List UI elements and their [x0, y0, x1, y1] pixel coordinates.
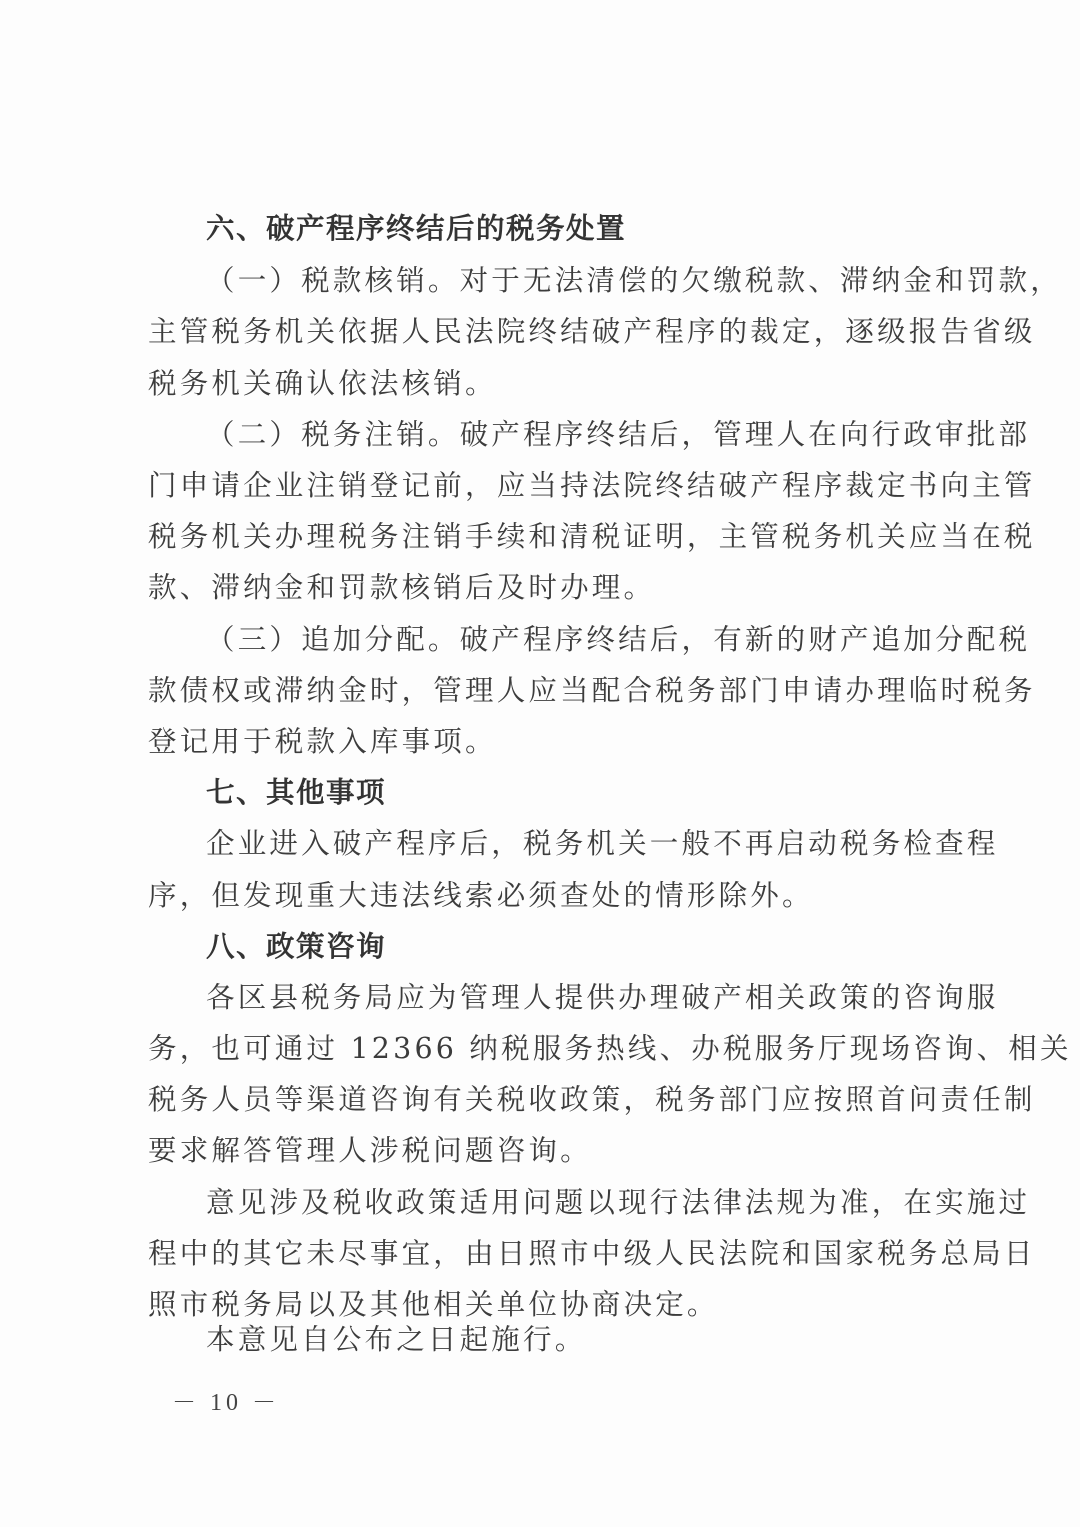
section-heading-7: 七、其他事项	[206, 775, 948, 811]
paragraph-line: 序，但发现重大违法线索必须查处的情形除外。	[148, 878, 948, 914]
paragraph-line: 登记用于税款入库事项。	[148, 724, 948, 760]
paragraph-line: 意见涉及税收政策适用问题以现行法律法规为准，在实施过	[206, 1185, 948, 1221]
paragraph-line: 款、滞纳金和罚款核销后及时办理。	[148, 570, 948, 606]
section-heading-8: 八、政策咨询	[206, 929, 948, 965]
paragraph-line: 门申请企业注销登记前，应当持法院终结破产程序裁定书向主管	[148, 468, 948, 504]
paragraph-line: 各区县税务局应为管理人提供办理破产相关政策的咨询服	[206, 980, 948, 1016]
paragraph-line: 照市税务局以及其他相关单位协商决定。	[148, 1287, 948, 1323]
paragraph-line: 税务机关确认依法核销。	[148, 366, 948, 402]
paragraph-line: 款债权或滞纳金时，管理人应当配合税务部门申请办理临时税务	[148, 673, 948, 709]
paragraph-line: （一）税款核销。对于无法清偿的欠缴税款、滞纳金和罚款，	[206, 263, 948, 299]
paragraph-line: （三）追加分配。破产程序终结后，有新的财产追加分配税	[206, 622, 948, 658]
section-heading-6: 六、破产程序终结后的税务处置	[206, 211, 948, 247]
paragraph-line: 主管税务机关依据人民法院终结破产程序的裁定，逐级报告省级	[148, 314, 948, 350]
paragraph-line: （二）税务注销。破产程序终结后，管理人在向行政审批部	[206, 417, 948, 453]
paragraph-line: 程中的其它未尽事宜，由日照市中级人民法院和国家税务总局日	[148, 1236, 948, 1272]
paragraph-line: 本意见自公布之日起施行。	[206, 1322, 948, 1358]
document-page: 六、破产程序终结后的税务处置 （一）税款核销。对于无法清偿的欠缴税款、滞纳金和罚…	[0, 0, 1080, 1527]
paragraph-line: 要求解答管理人涉税问题咨询。	[148, 1133, 948, 1169]
paragraph-line: 务，也可通过 12366 纳税服务热线、办税服务厅现场咨询、相关	[148, 1031, 948, 1067]
paragraph-line: 税务人员等渠道咨询有关税收政策，税务部门应按照首问责任制	[148, 1082, 948, 1118]
paragraph-line: 税务机关办理税务注销手续和清税证明，主管税务机关应当在税	[148, 519, 948, 555]
page-number: － 10 －	[172, 1388, 280, 1418]
paragraph-line: 企业进入破产程序后，税务机关一般不再启动税务检查程	[206, 826, 948, 862]
